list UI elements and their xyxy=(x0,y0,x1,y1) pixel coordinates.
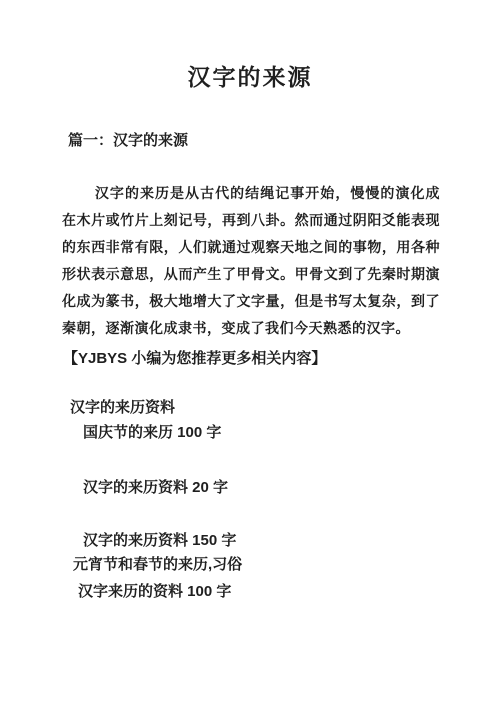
related-link-hanzi-laili-ziliao-150: 汉字的来历资料 150 字 xyxy=(0,529,500,553)
related-links-list: 汉字的来历资料 国庆节的来历 100 字 汉字的来历资料 20 字 汉字的来历资… xyxy=(0,396,500,604)
document-page: 汉字的来源 篇一：汉字的来源 汉字的来历是从古代的结绳记事开始，慢慢的演化成在木… xyxy=(0,0,500,707)
section-heading: 篇一：汉字的来源 xyxy=(0,130,500,152)
body-paragraph: 汉字的来历是从古代的结绳记事开始，慢慢的演化成在木片或竹片上刻记号，再到八卦。然… xyxy=(0,181,500,343)
related-link-hanzi-laili-ziliao-20: 汉字的来历资料 20 字 xyxy=(0,476,500,500)
related-link-guoqingjie-laili-100: 国庆节的来历 100 字 xyxy=(0,421,500,445)
related-link-yuanxiaojie-chunjie-laili: 元宵节和春节的来历,习俗 xyxy=(0,553,500,577)
document-title: 汉字的来源 xyxy=(0,62,500,94)
recommend-header: 【YJBYS 小编为您推荐更多相关内容】 xyxy=(0,347,500,371)
related-link-hanzi-laili-ziliao-100: 汉字来历的资料 100 字 xyxy=(0,580,500,604)
related-link-hanzi-laili-ziliao: 汉字的来历资料 xyxy=(0,396,500,420)
